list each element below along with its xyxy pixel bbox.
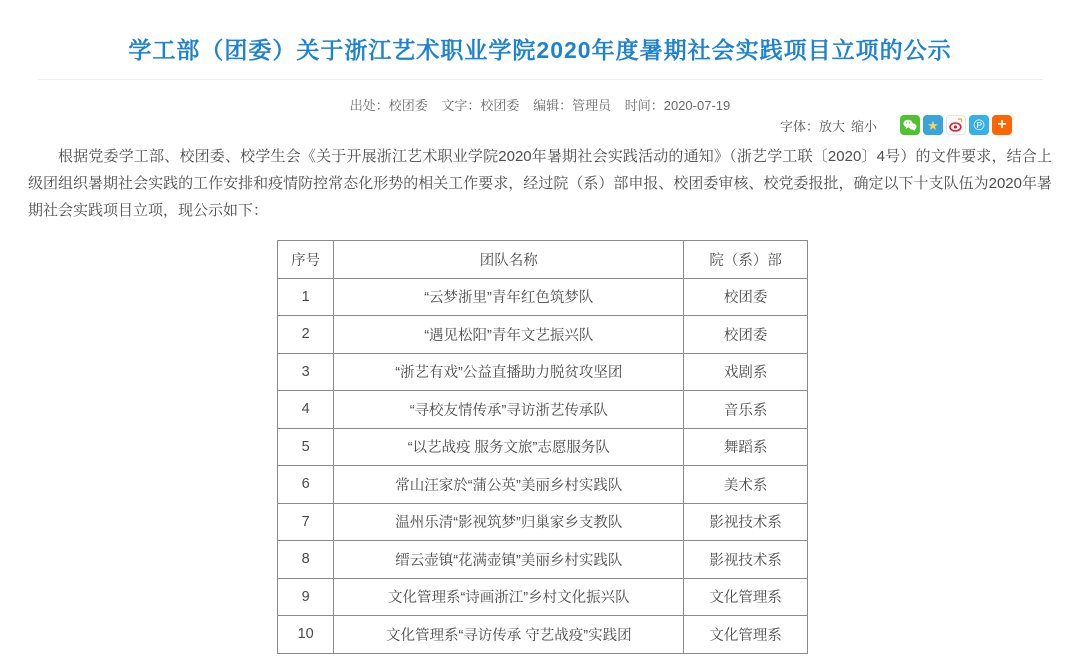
meta-editor: 编辑：管理员 [533,98,611,113]
font-share-toolbar: 字体： 放大 缩小 ★ ℗ + [780,113,1012,137]
header-cell-index: 序号 [278,241,334,279]
title-divider [38,79,1043,80]
cell-index: 8 [278,541,334,579]
meta-source-label: 出处： [350,98,389,113]
cell-team-name: “以艺战疫 服务文旅”志愿服务队 [334,428,684,466]
cell-department: 影视技术系 [684,503,808,541]
cell-index: 7 [278,503,334,541]
meta-time-label: 时间： [625,98,664,113]
cell-department: 文化管理系 [684,616,808,654]
qzone-share-icon[interactable]: ★ [923,115,943,135]
table-row: 5 “以艺战疫 服务文旅”志愿服务队 舞蹈系 [278,428,808,466]
table-row: 7 温州乐清“影视筑梦”归巢家乡支教队 影视技术系 [278,503,808,541]
page-title: 学工部（团委）关于浙江艺术职业学院2020年度暑期社会实践项目立项的公示 [0,32,1080,65]
table-row: 9 文化管理系“诗画浙江”乡村文化振兴队 文化管理系 [278,578,808,616]
meta-text-value: 校团委 [480,98,519,113]
font-zoom-in-link[interactable]: 放大 [819,116,845,135]
meta-text: 文字：校团委 [441,98,519,113]
announcement-page: 学工部（团委）关于浙江艺术职业学院2020年度暑期社会实践项目立项的公示 出处：… [0,0,1080,672]
cell-team-name: 缙云壶镇“花满壶镇”美丽乡村实践队 [334,541,684,579]
cell-department: 校团委 [684,278,808,316]
cell-index: 1 [278,278,334,316]
meta-text-label: 文字： [441,98,480,113]
cell-department: 校团委 [684,316,808,354]
cell-team-name: 温州乐清“影视筑梦”归巢家乡支教队 [334,503,684,541]
meta-editor-label: 编辑： [533,98,572,113]
more-plus-glyph: + [997,117,1006,133]
project-table: 序号 团队名称 院（系）部 1 “云梦浙里”青年红色筑梦队 校团委 2 “遇见松… [277,240,808,654]
meta-time: 时间：2020-07-19 [625,98,731,113]
table-row: 1 “云梦浙里”青年红色筑梦队 校团委 [278,278,808,316]
cell-index: 5 [278,428,334,466]
article-meta: 出处：校团委 文字：校团委 编辑：管理员 时间：2020-07-19 [0,95,1080,114]
cell-department: 舞蹈系 [684,428,808,466]
cell-team-name: “寻校友情传承”寻访浙艺传承队 [334,391,684,429]
header-cell-department: 院（系）部 [684,241,808,279]
pengyou-p-glyph: ℗ [973,118,984,133]
cell-department: 美术系 [684,466,808,504]
cell-team-name: 文化管理系“诗画浙江”乡村文化振兴队 [334,578,684,616]
table-row: 4 “寻校友情传承”寻访浙艺传承队 音乐系 [278,391,808,429]
cell-team-name: “浙艺有戏”公益直播助力脱贫攻坚团 [334,353,684,391]
cell-team-name: 常山汪家於“蒲公英”美丽乡村实践队 [334,466,684,504]
meta-editor-value: 管理员 [572,98,611,113]
table-row: 8 缙云壶镇“花满壶镇”美丽乡村实践队 影视技术系 [278,541,808,579]
weibo-share-icon[interactable] [946,115,966,135]
cell-department: 影视技术系 [684,541,808,579]
wechat-share-icon[interactable] [900,115,920,135]
table-row: 3 “浙艺有戏”公益直播助力脱贫攻坚团 戏剧系 [278,353,808,391]
cell-department: 音乐系 [684,391,808,429]
font-zoom-out-link[interactable]: 缩小 [851,116,877,135]
meta-source-value: 校团委 [389,98,428,113]
cell-department: 文化管理系 [684,578,808,616]
cell-index: 3 [278,353,334,391]
cell-department: 戏剧系 [684,353,808,391]
cell-index: 2 [278,316,334,354]
cell-index: 10 [278,616,334,654]
table-row: 10 文化管理系“寻访传承 守艺战疫”实践团 文化管理系 [278,616,808,654]
cell-index: 9 [278,578,334,616]
cell-team-name: “云梦浙里”青年红色筑梦队 [334,278,684,316]
table-header-row: 序号 团队名称 院（系）部 [278,241,808,279]
meta-time-value: 2020-07-19 [664,98,731,113]
cell-team-name: 文化管理系“寻访传承 守艺战疫”实践团 [334,616,684,654]
table-row: 6 常山汪家於“蒲公英”美丽乡村实践队 美术系 [278,466,808,504]
meta-source: 出处：校团委 [350,98,428,113]
more-share-icon[interactable]: + [992,115,1012,135]
font-size-label: 字体： [780,116,819,135]
table-row: 2 “遇见松阳”青年文艺振兴队 校团委 [278,316,808,354]
qzone-star-glyph: ★ [927,119,939,132]
header-cell-team-name: 团队名称 [334,241,684,279]
cell-team-name: “遇见松阳”青年文艺振兴队 [334,316,684,354]
pengyou-share-icon[interactable]: ℗ [969,115,989,135]
cell-index: 4 [278,391,334,429]
cell-index: 6 [278,466,334,504]
announcement-body-paragraph: 根据党委学工部、校团委、校学生会《关于开展浙江艺术职业学院2020年暑期社会实践… [28,143,1052,224]
